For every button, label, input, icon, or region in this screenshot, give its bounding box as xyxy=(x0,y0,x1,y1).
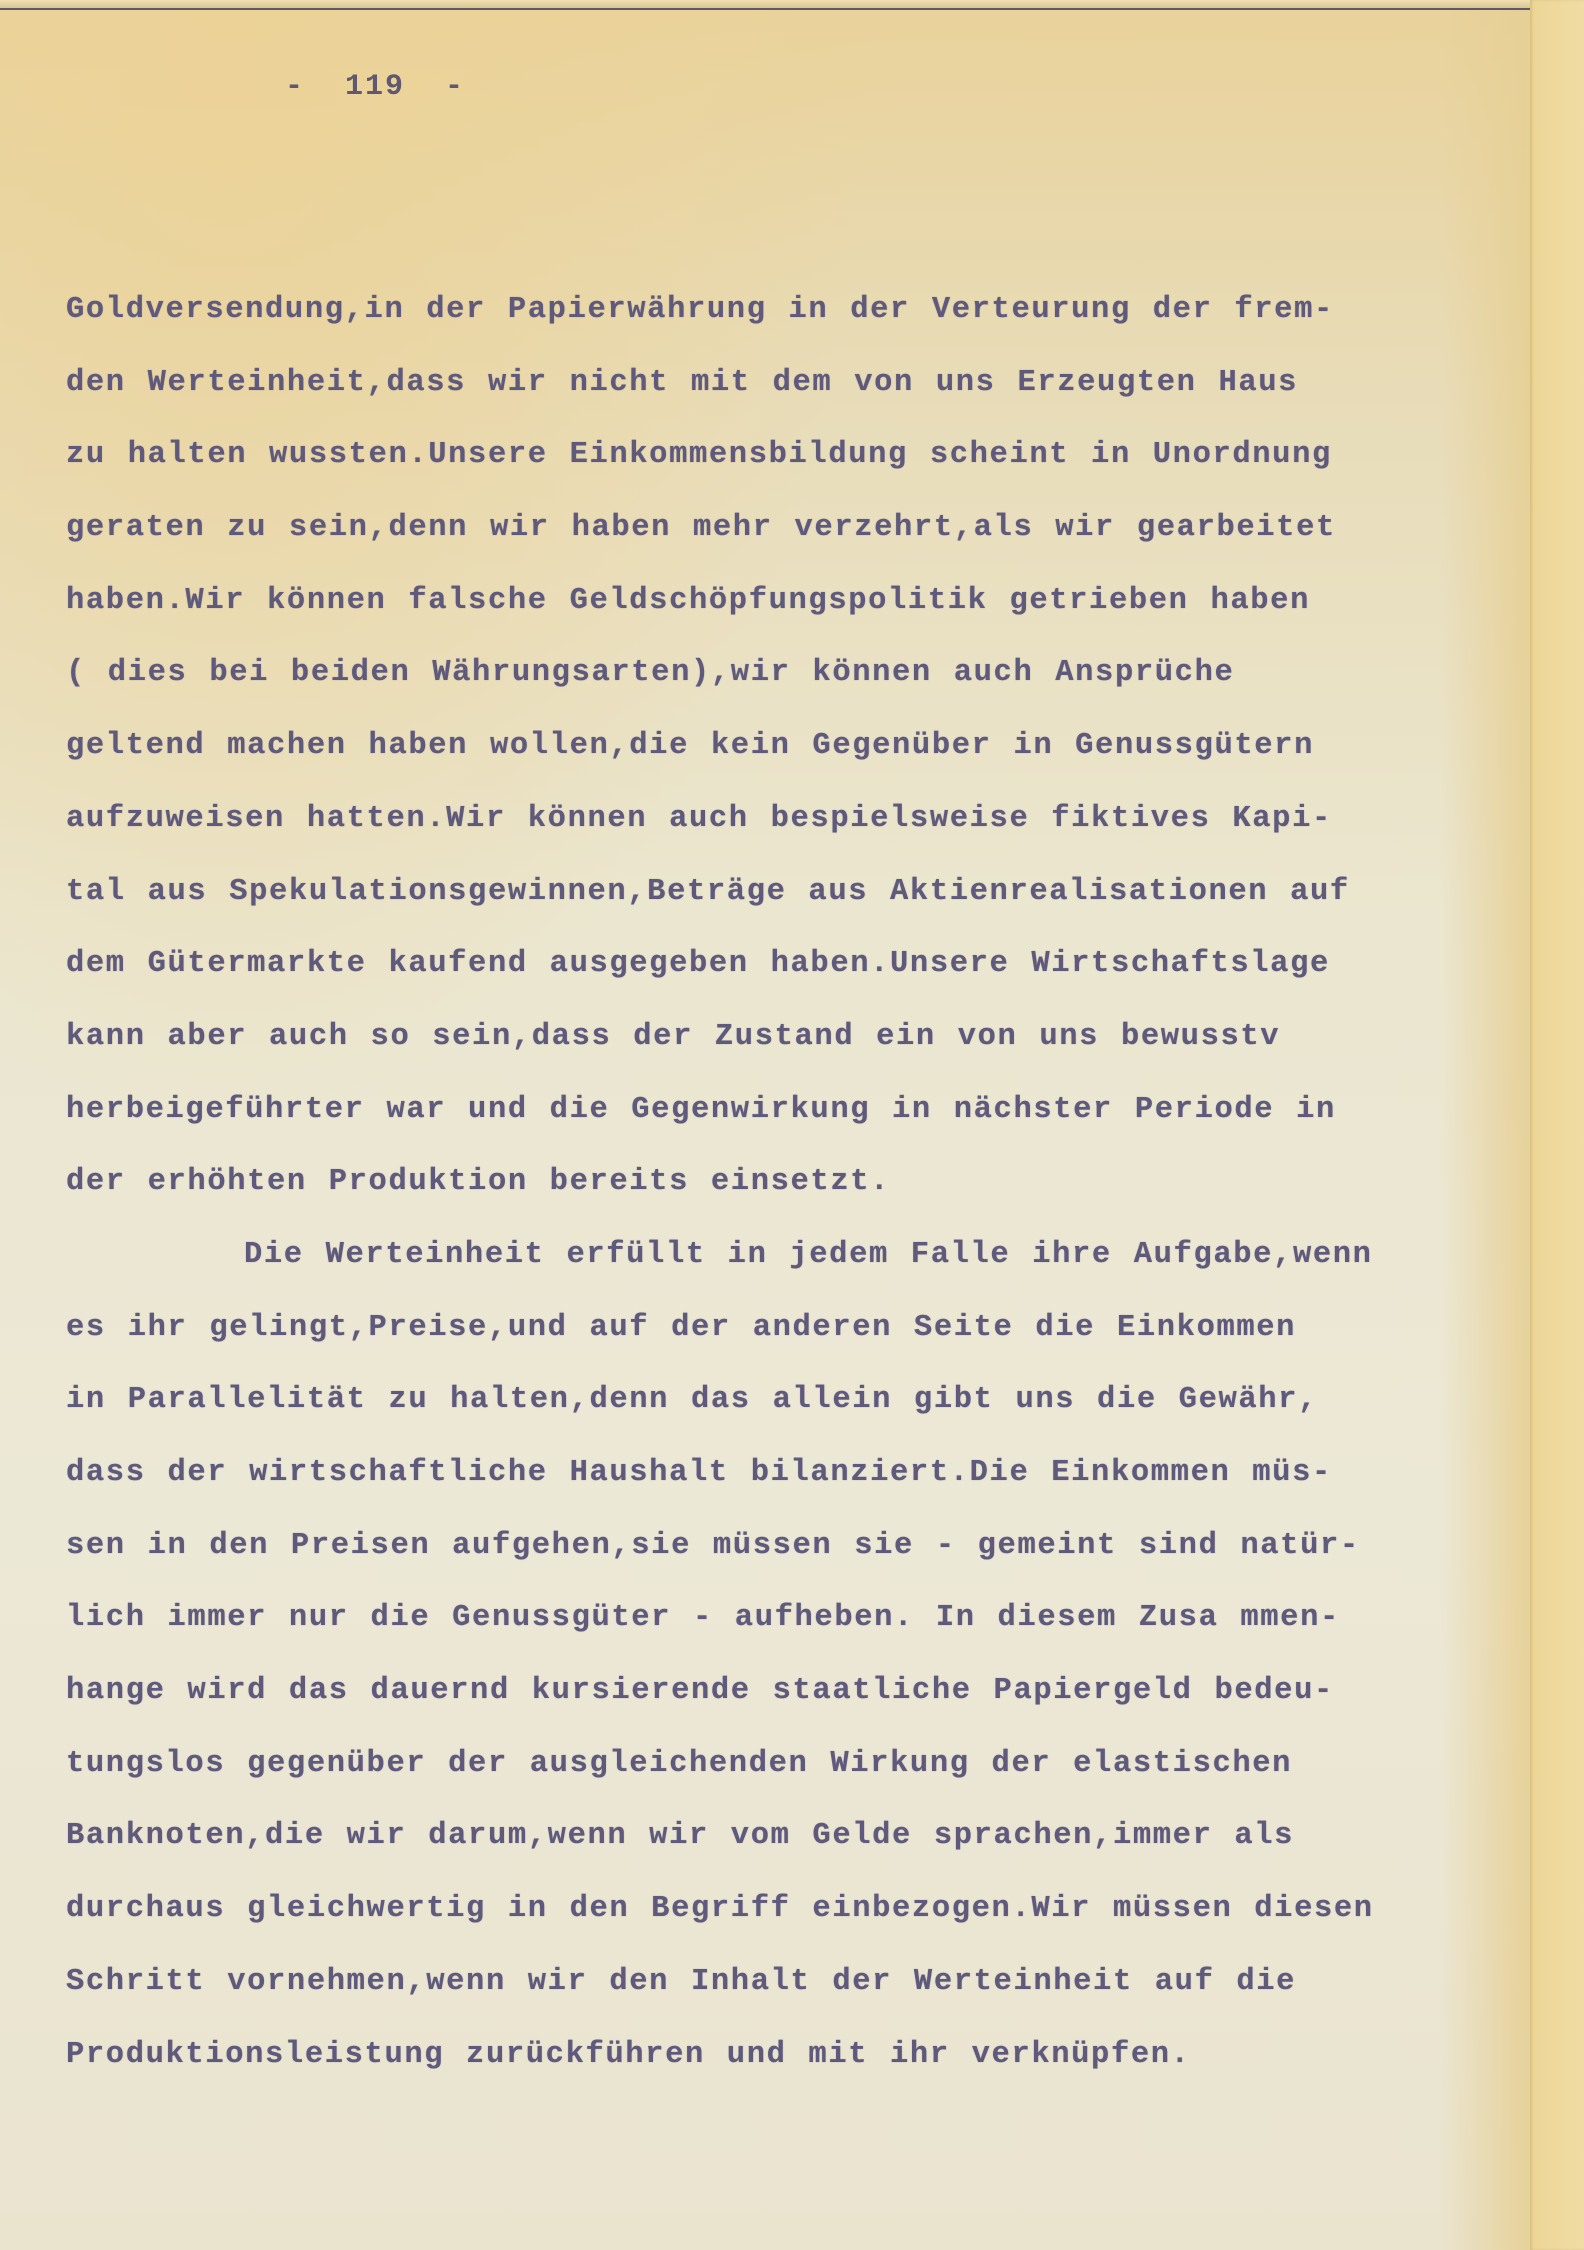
text-line: sen in den Preisen aufgehen,sie müssen s… xyxy=(66,1526,1546,1599)
text-line: in Parallelität zu halten,denn das allei… xyxy=(66,1380,1546,1453)
text-line: tal aus Spekulationsgewinnen,Beträge aus… xyxy=(66,872,1546,945)
text-line: der erhöhten Produktion bereits einsetzt… xyxy=(66,1162,1546,1235)
scan-background-edge xyxy=(1530,0,1584,2250)
text-line: hange wird das dauernd kursierende staat… xyxy=(66,1671,1546,1744)
text-line: aufzuweisen hatten.Wir können auch bespi… xyxy=(66,799,1546,872)
page-number: - 119 - xyxy=(285,70,465,104)
text-line: zu halten wussten.Unsere Einkommensbildu… xyxy=(66,435,1546,508)
paragraph-2: Die Werteinheit erfüllt in jedem Falle i… xyxy=(66,1235,1546,2107)
scan-top-edge xyxy=(0,0,1584,10)
text-line: ( dies bei beiden Währungsarten),wir kön… xyxy=(66,653,1546,726)
text-line: Goldversendung,in der Papierwährung in d… xyxy=(66,290,1546,363)
text-line: herbeigeführter war und die Gegenwirkung… xyxy=(66,1090,1546,1163)
text-line-indented: Die Werteinheit erfüllt in jedem Falle i… xyxy=(66,1235,1546,1308)
text-line: dass der wirtschaftliche Haushalt bilanz… xyxy=(66,1453,1546,1526)
text-line: Banknoten,die wir darum,wenn wir vom Gel… xyxy=(66,1816,1546,1889)
text-line: haben.Wir können falsche Geldschöpfungsp… xyxy=(66,581,1546,654)
text-line: lich immer nur die Genussgüter - aufhebe… xyxy=(66,1598,1546,1671)
text-line: es ihr gelingt,Preise,und auf der andere… xyxy=(66,1308,1546,1381)
text-line: kann aber auch so sein,dass der Zustand … xyxy=(66,1017,1546,1090)
text-line: Produktionsleistung zurückführen und mit… xyxy=(66,2035,1546,2108)
text-line: dem Gütermarkte kaufend ausgegeben haben… xyxy=(66,944,1546,1017)
text-line: tungslos gegenüber der ausgleichenden Wi… xyxy=(66,1744,1546,1817)
text-line: durchaus gleichwertig in den Begriff ein… xyxy=(66,1889,1546,1962)
typewritten-page: - 119 - Goldversendung,in der Papierwähr… xyxy=(0,10,1530,2250)
paragraph-1: Goldversendung,in der Papierwährung in d… xyxy=(66,290,1546,1235)
body-text: Goldversendung,in der Papierwährung in d… xyxy=(66,290,1546,2107)
text-line: Schritt vornehmen,wenn wir den Inhalt de… xyxy=(66,1962,1546,2035)
text-line: den Werteinheit,dass wir nicht mit dem v… xyxy=(66,363,1546,436)
text-line: geltend machen haben wollen,die kein Geg… xyxy=(66,726,1546,799)
text-line: geraten zu sein,denn wir haben mehr verz… xyxy=(66,508,1546,581)
